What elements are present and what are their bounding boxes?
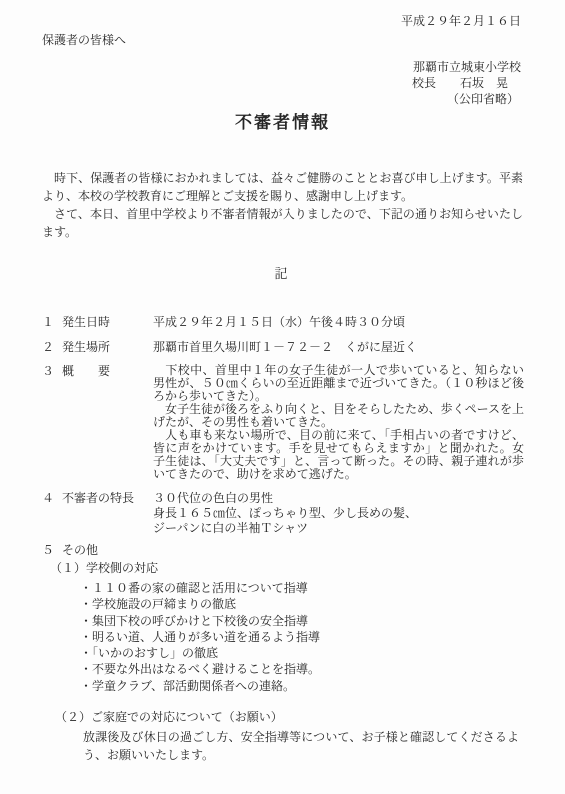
sender-school-name: 那覇市立城東小学校 [0,59,521,75]
bullet-item: ・学校施設の戸締まりの徹底 [80,596,565,612]
bullet-item: ・明るい道、人通りが多い道を通るよう指導 [80,629,565,645]
suspect-feature-line-3: ジーパンに白の半袖Ｔシャツ [153,521,417,536]
item-number: ５ [42,543,62,558]
home-request-heading: （２）ご家庭での対応について（お願い） [55,708,565,726]
item-occurrence-datetime: １ 発生日時 平成２９年２月１５日（水）午後４時３０分頃 [42,315,565,330]
item-label: 発生日時 [62,315,153,330]
greeting-paragraph-2: さて、本日、首里中学校より不審者情報が入りましたので、下記の通りお知らせいたしま… [42,205,523,241]
item-other: ５ その他 [42,543,565,558]
bullet-item: ・不要な外出はなるべく避けることを指導。 [80,661,565,677]
item-label: その他 [62,543,153,558]
item-suspect-features: ４ 不審者の特長 ３０代位の色白の男性 身長１６５㎝位、ぽっちゃり型、少し長めの… [42,491,565,536]
page-title: 不審者情報 [0,113,565,133]
sender-block: 那覇市立城東小学校 校長 石坂 晃 （公印省略） [0,59,565,107]
home-request-text: 放課後及び休日の過ごし方、安全指導等について、お子様と確認してくださるよう、お願… [83,728,519,764]
suspect-feature-line-2: 身長１６５㎝位、ぽっちゃり型、少し長めの髪、 [153,506,417,521]
item-label: 不審者の特長 [62,491,153,506]
summary-paragraph-3: 人も車も来ない場所で、目の前に来て、「手相占いの者ですけど、皆に声をかけています… [153,429,524,481]
summary-paragraph-1: 下校中、首里中１年の女子生徒が一人で歩いていると、知らない男性が、５０㎝くらいの… [153,364,524,403]
item-number: ４ [42,491,62,506]
item-label: 発生場所 [62,340,153,355]
item-content: 那覇市首里久場川町１－７２－２ くがに屋近く [153,340,417,355]
occurrence-datetime-value: 平成２９年２月１５日（水）午後４時３０分頃 [153,315,405,330]
record-mark: 記 [0,265,565,283]
bullet-item: ・学童クラブ、部活動関係者への連絡。 [80,678,565,694]
home-request-body: 放課後及び休日の過ごし方、安全指導等について、お子様と確認してくださるよう、お願… [83,728,519,764]
numbered-items: １ 発生日時 平成２９年２月１５日（水）午後４時３０分頃 ２ 発生場所 那覇市首… [0,315,565,764]
summary-paragraph-2: 女子生徒が後ろをふり向くと、目をそらしたため、歩くペースを上げたが、その男性も着… [153,403,524,429]
item-label: 概 要 [62,364,153,379]
item-occurrence-place: ２ 発生場所 那覇市首里久場川町１－７２－２ くがに屋近く [42,340,565,355]
greeting-section: 時下、保護者の皆様におかれましては、益々ご健勝のこととお喜び申し上げます。平素よ… [42,169,523,241]
document-page: 平成２９年２月１６日 保護者の皆様へ 那覇市立城東小学校 校長 石坂 晃 （公印… [0,0,565,794]
school-response-heading: （１）学校側の対応 [50,561,565,576]
bullet-item: ・「いかのおすし」の徹底 [80,645,565,661]
suspect-feature-line-1: ３０代位の色白の男性 [153,491,417,506]
item-content: ３０代位の色白の男性 身長１６５㎝位、ぽっちゃり型、少し長めの髪、 ジーパンに白… [153,491,417,536]
item-content: 下校中、首里中１年の女子生徒が一人で歩いていると、知らない男性が、５０㎝くらいの… [153,364,524,481]
bullet-item: ・１１０番の家の確認と活用について指導 [80,580,565,596]
addressee-line: 保護者の皆様へ [42,32,565,48]
bullet-item: ・集団下校の呼びかけと下校後の安全指導 [80,613,565,629]
seal-omission-note: （公印省略） [0,91,521,107]
document-date: 平成２９年２月１６日 [0,0,565,29]
item-number: １ [42,315,62,330]
item-content: 平成２９年２月１５日（水）午後４時３０分頃 [153,315,405,330]
greeting-paragraph-1: 時下、保護者の皆様におかれましては、益々ご健勝のこととお喜び申し上げます。平素よ… [42,169,523,205]
item-summary: ３ 概 要 下校中、首里中１年の女子生徒が一人で歩いていると、知らない男性が、５… [42,364,565,481]
item-number: ２ [42,340,62,355]
school-response-bullet-list: ・１１０番の家の確認と活用について指導 ・学校施設の戸締まりの徹底 ・集団下校の… [80,580,565,694]
item-number: ３ [42,364,62,379]
occurrence-place-value: 那覇市首里久場川町１－７２－２ くがに屋近く [153,340,417,355]
sender-principal-name: 校長 石坂 晃 [0,75,521,91]
